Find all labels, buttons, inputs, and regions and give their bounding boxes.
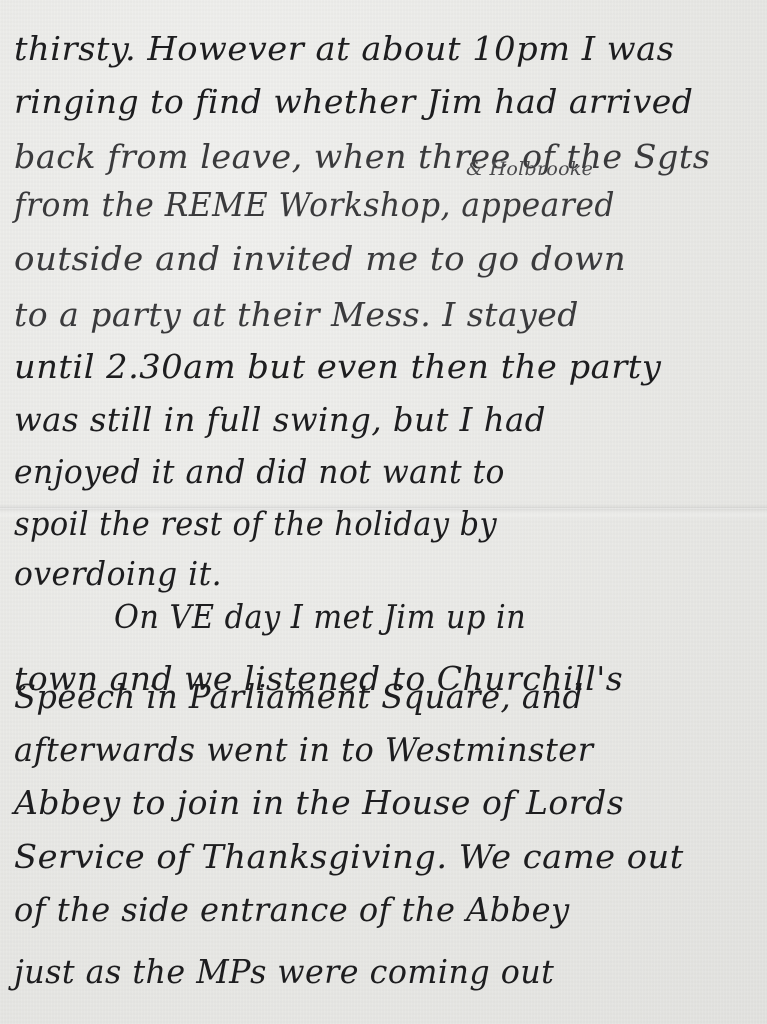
letter-line-17: Service of Thanksgiving. We came out	[14, 840, 684, 873]
letter-line-14: Speech in Parliament Square, and	[14, 680, 583, 713]
letter-line-3: back from leave, when three of the Sgts	[14, 140, 710, 173]
letter-line-10: spoil the rest of the holiday by	[14, 507, 497, 540]
letter-line-9: enjoyed it and did not want to	[14, 455, 505, 488]
letter-line-18: of the side entrance of the Abbey	[14, 893, 570, 926]
letter-page: thirsty. However at about 10pm I was rin…	[0, 0, 767, 1024]
letter-line-15: afterwards went in to Westminster	[14, 733, 594, 766]
letter-line-12: On VE day I met Jim up in	[114, 600, 526, 633]
letter-line-8: was still in full swing, but I had	[14, 403, 546, 436]
letter-line-5: outside and invited me to go down	[14, 242, 626, 275]
letter-line-6: to a party at their Mess. I stayed	[14, 298, 579, 331]
letter-line-2: ringing to find whether Jim had arrived	[14, 85, 693, 118]
interlinear-insertion: & Holbrooke	[466, 158, 593, 180]
letter-line-19: just as the MPs were coming out	[14, 955, 554, 988]
letter-line-7: until 2.30am but even then the party	[14, 350, 661, 383]
letter-line-4: from the REME Workshop, appeared	[14, 188, 615, 221]
letter-line-1: thirsty. However at about 10pm I was	[14, 32, 674, 65]
letter-line-16: Abbey to join in the House of Lords	[14, 786, 624, 819]
letter-line-11: overdoing it.	[14, 557, 222, 590]
